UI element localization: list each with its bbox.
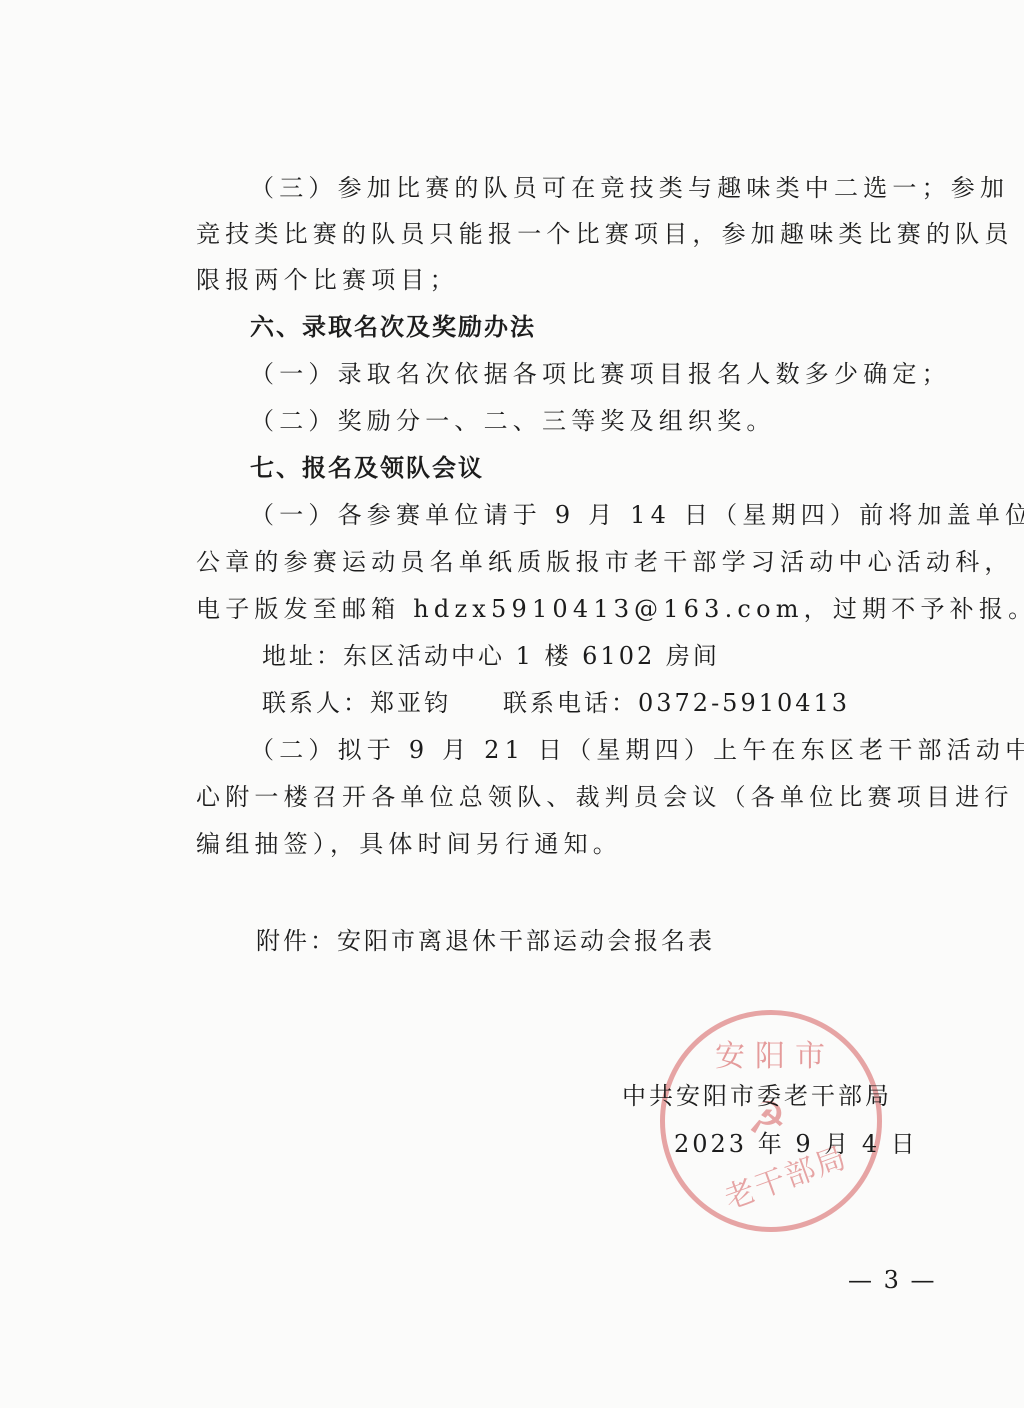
signature-organization: 中共安阳市委老干部局	[622, 1076, 892, 1111]
section-7-item-2-line-2: 心附一楼召开各单位总领队、裁判员会议（各单位比赛项目进行	[196, 781, 1014, 813]
contact-phone: 联系电话：0372-5910413	[503, 687, 850, 719]
section-6-item-2: （二）奖励分一、二、三等奖及组织奖。	[250, 405, 776, 437]
document-page: （三）参加比赛的队员可在竞技类与趣味类中二选一；参加 竞技类比赛的队员只能报一个…	[0, 0, 1024, 1408]
address-line: 地址：东区活动中心 1 楼 6102 房间	[262, 640, 720, 672]
signature-date: 2023 年 9 月 4 日	[674, 1124, 918, 1159]
seal-top-text: 安阳市	[715, 1031, 835, 1075]
paragraph-3-line-2: 竞技类比赛的队员只能报一个比赛项目，参加趣味类比赛的队员	[196, 218, 1014, 250]
section-7-heading: 七、报名及领队会议	[250, 452, 484, 484]
page-number: — 3 —	[848, 1266, 937, 1294]
section-7-item-1-line-1: （一）各参赛单位请于 9 月 14 日（星期四）前将加盖单位	[250, 499, 1024, 531]
section-7-item-2-line-3: 编组抽签），具体时间另行通知。	[196, 828, 622, 860]
section-7-item-2-line-1: （二）拟于 9 月 21 日（星期四）上午在东区老干部活动中	[250, 734, 1024, 766]
section-7-item-1-line-3: 电子版发至邮箱 hdzx591041З@163.com，过期不予补报。	[196, 593, 1024, 625]
paragraph-3-line-1: （三）参加比赛的队员可在竞技类与趣味类中二选一；参加	[250, 172, 1009, 204]
section-6-heading: 六、录取名次及奖励办法	[250, 311, 536, 343]
paragraph-3-line-3: 限报两个比赛项目；	[196, 264, 459, 296]
section-7-item-1-line-2: 公章的参赛运动员名单纸质版报市老干部学习活动中心活动科，	[196, 546, 1014, 578]
attachment-note: 附件：安阳市离退休干部运动会报名表	[256, 925, 715, 957]
contact-person: 联系人：郑亚钧	[262, 687, 451, 719]
section-6-item-1: （一）录取名次依据各项比赛项目报名人数多少确定；	[250, 358, 951, 390]
official-seal: 安阳市 ☭ 老干部局	[660, 1010, 882, 1232]
